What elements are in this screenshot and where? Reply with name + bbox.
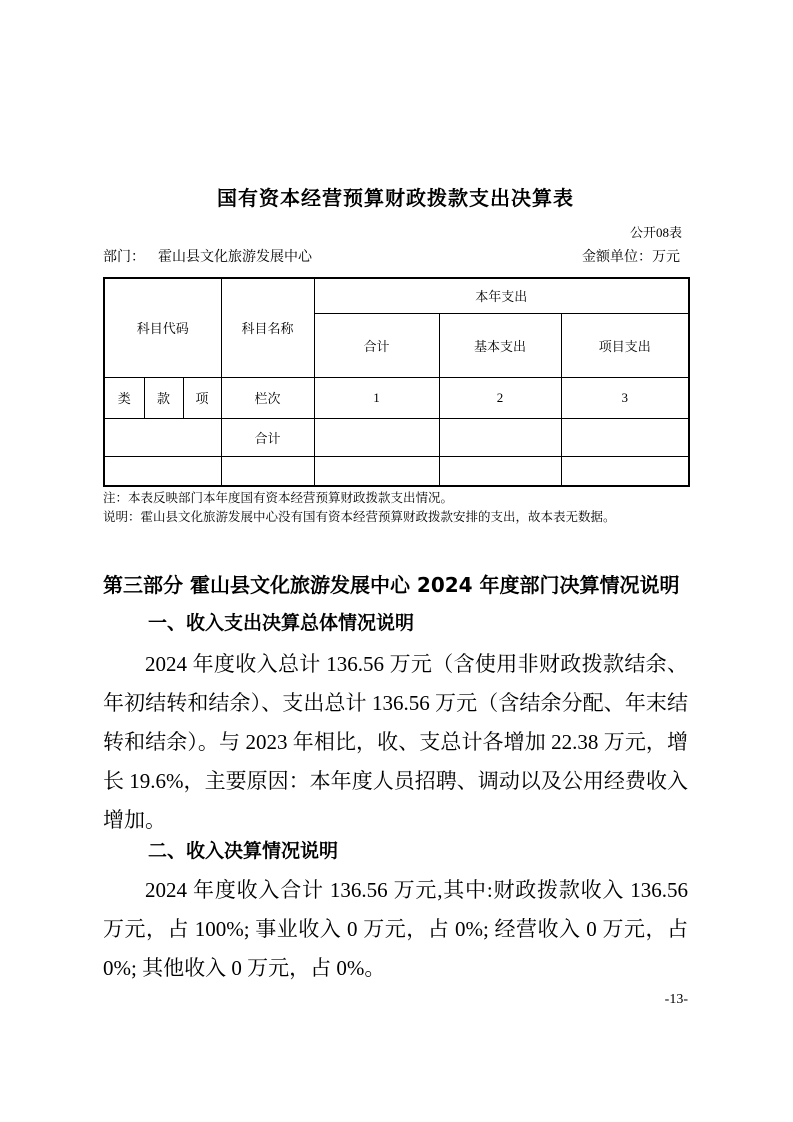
section1-heading: 一、收入支出决算总体情况说明 bbox=[103, 610, 688, 636]
explanation-line: 说明：霍山县文化旅游发展中心没有国有资本经营预算财政拨款安排的支出，故本表无数据… bbox=[103, 508, 688, 527]
column-index-row: 类 款 项 栏次 1 2 3 bbox=[104, 377, 689, 418]
empty-project-cell bbox=[561, 456, 689, 486]
total-row-project-cell bbox=[561, 418, 689, 456]
column-number-3: 3 bbox=[561, 377, 689, 418]
column-number-1: 1 bbox=[314, 377, 439, 418]
header-subject-name: 科目名称 bbox=[221, 278, 314, 377]
table-header-row-1: 科目代码 科目名称 本年支出 bbox=[104, 278, 689, 313]
code-class-cell: 类 bbox=[104, 377, 144, 418]
page-number: -13- bbox=[103, 990, 688, 1010]
total-row-basic-cell bbox=[439, 418, 561, 456]
table-meta-row: 部门：霍山县文化旅游发展中心 金额单位：万元 bbox=[103, 248, 688, 267]
note-line: 注：本表反映部门本年度国有资本经营预算财政拨款支出情况。 bbox=[103, 489, 688, 508]
document-page: 国有资本经营预算财政拨款支出决算表 公开08表 部门：霍山县文化旅游发展中心 金… bbox=[0, 0, 793, 1122]
header-current-year-expenditure: 本年支出 bbox=[314, 278, 689, 313]
total-row-total-cell bbox=[314, 418, 439, 456]
lancer-label-cell: 栏次 bbox=[221, 377, 314, 418]
report-title: 国有资本经营预算财政拨款支出决算表 bbox=[103, 184, 688, 212]
column-number-2: 2 bbox=[439, 377, 561, 418]
empty-basic-cell bbox=[439, 456, 561, 486]
header-basic-expenditure: 基本支出 bbox=[439, 313, 561, 377]
section2-heading: 二、收入决算情况说明 bbox=[103, 838, 688, 864]
part3-heading: 第三部分 霍山县文化旅游发展中心 2024 年度部门决算情况说明 bbox=[103, 572, 688, 599]
department-label: 部门： bbox=[103, 250, 145, 265]
empty-code-cell bbox=[104, 456, 221, 486]
code-section-cell: 款 bbox=[144, 377, 183, 418]
expenditure-table: 科目代码 科目名称 本年支出 合计 基本支出 项目支出 类 款 项 栏次 1 2… bbox=[103, 277, 690, 487]
header-project-expenditure: 项目支出 bbox=[561, 313, 689, 377]
section2-paragraph: 2024 年度收入合计 136.56 万元,其中:财政拨款收入 136.56 万… bbox=[103, 871, 688, 988]
department-value: 霍山县文化旅游发展中心 bbox=[158, 250, 312, 265]
header-subject-code: 科目代码 bbox=[104, 278, 221, 377]
header-total: 合计 bbox=[314, 313, 439, 377]
amount-unit-label: 金额单位：万元 bbox=[582, 248, 688, 267]
total-row-code-cell bbox=[104, 418, 221, 456]
total-row: 合计 bbox=[104, 418, 689, 456]
empty-data-row bbox=[104, 456, 689, 486]
total-row-name-cell: 合计 bbox=[221, 418, 314, 456]
public-table-tag: 公开08表 bbox=[103, 224, 688, 242]
empty-name-cell bbox=[221, 456, 314, 486]
department-line: 部门：霍山县文化旅游发展中心 bbox=[103, 248, 312, 267]
code-item-cell: 项 bbox=[183, 377, 221, 418]
table-notes: 注：本表反映部门本年度国有资本经营预算财政拨款支出情况。 说明：霍山县文化旅游发… bbox=[103, 489, 688, 527]
section1-paragraph: 2024 年度收入总计 136.56 万元（含使用非财政拨款结余、年初结转和结余… bbox=[103, 645, 688, 840]
empty-total-cell bbox=[314, 456, 439, 486]
